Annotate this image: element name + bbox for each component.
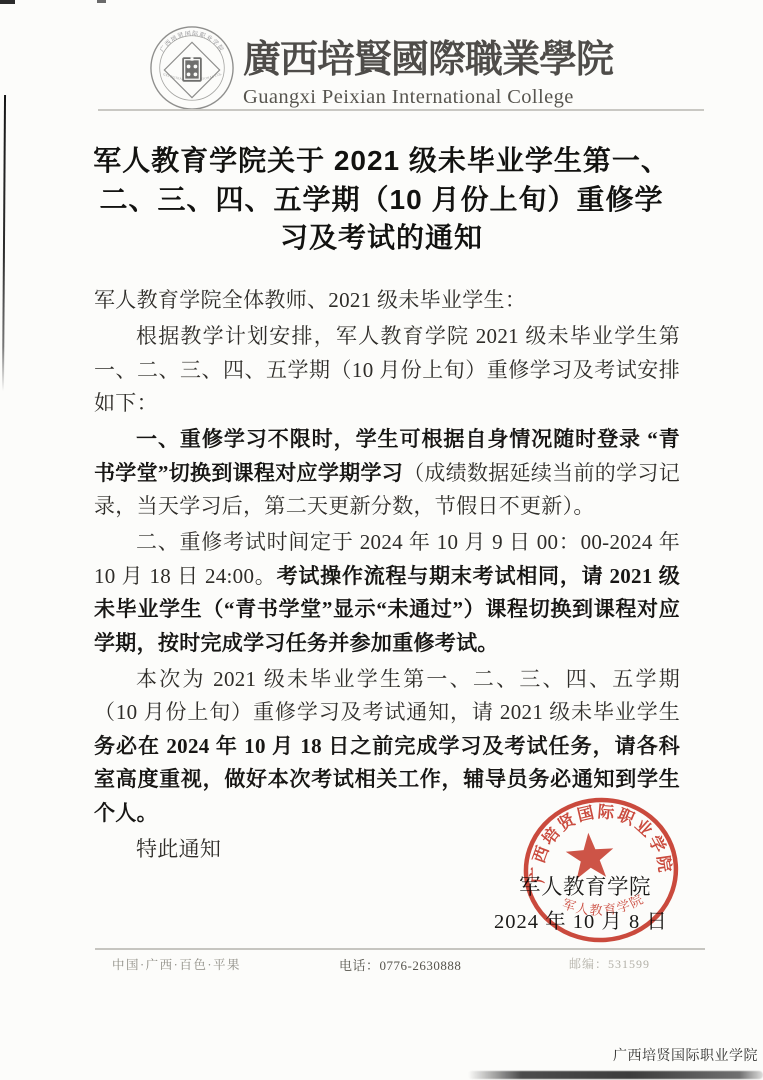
paragraph-item-2: 二、重修考试时间定于 2024 年 10 月 9 日 00：00-2024 年 … <box>94 526 680 660</box>
footer-postcode: 邮编：531599 <box>569 955 650 972</box>
text-segment: 根据教学计划安排，军人教育学院 2021 级未毕业学生第一、二、三、四、五学期（… <box>94 324 680 415</box>
notice-title-line: 习及考试的通知 <box>0 219 763 258</box>
signature-department: 军人教育学院 <box>515 870 655 901</box>
notice-title-line: 二、三、四、五学期（10 月份上旬）重修学 <box>0 181 763 220</box>
signature-date: 2024 年 10 月 8 日 <box>494 904 664 934</box>
footer-location: 中国·广西·百色·平果 <box>112 955 241 973</box>
scan-artifact-mark <box>97 0 106 3</box>
paragraph-item-1: 一、重修学习不限时，学生可根据自身情况随时登录 “青书学堂”切换到课程对应学期学… <box>94 423 680 524</box>
paragraph-intro: 根据教学计划安排，军人教育学院 2021 级未毕业学生第一、二、三、四、五学期（… <box>94 320 680 421</box>
college-seal-logo: 广西培贤国际职业学院 GUANGXI PEIXIAN INTERNATIONAL… <box>146 24 238 112</box>
salutation: 军人教育学院全体教师、2021 级未毕业学生： <box>94 284 680 318</box>
college-name-chinese: 廣西培賢國際職業學院 <box>243 28 643 83</box>
college-masthead: 廣西培賢國際職業學院 Guangxi Peixian International… <box>243 28 643 109</box>
footer-divider <box>95 948 705 950</box>
text-segment: 本次为 2021 级未毕业学生第一、二、三、四、五学期（10 月份上旬）重修学习… <box>94 667 680 725</box>
text-segment: 特此通知 <box>136 837 221 861</box>
notice-title: 军人教育学院关于 2021 级未毕业学生第一、 二、三、四、五学期（10 月份上… <box>0 142 763 258</box>
notice-title-line: 军人教育学院关于 2021 级未毕业学生第一、 <box>0 142 763 181</box>
college-name-english: Guangxi Peixian International College <box>243 86 643 109</box>
header-divider <box>98 109 704 111</box>
scanned-notice-page: 广西培贤国际职业学院 GUANGXI PEIXIAN INTERNATIONAL… <box>0 0 763 1080</box>
notice-body: 军人教育学院全体教师、2021 级未毕业学生： 根据教学计划安排，军人教育学院 … <box>94 284 680 869</box>
logo-emblem <box>164 42 219 97</box>
corner-watermark-text: 广西培贤国际职业学院 <box>613 1045 758 1065</box>
scan-artifact-mark <box>0 0 15 4</box>
footer-phone: 电话：0776-2630888 <box>339 955 461 974</box>
scan-edge-shadow <box>468 1071 763 1079</box>
